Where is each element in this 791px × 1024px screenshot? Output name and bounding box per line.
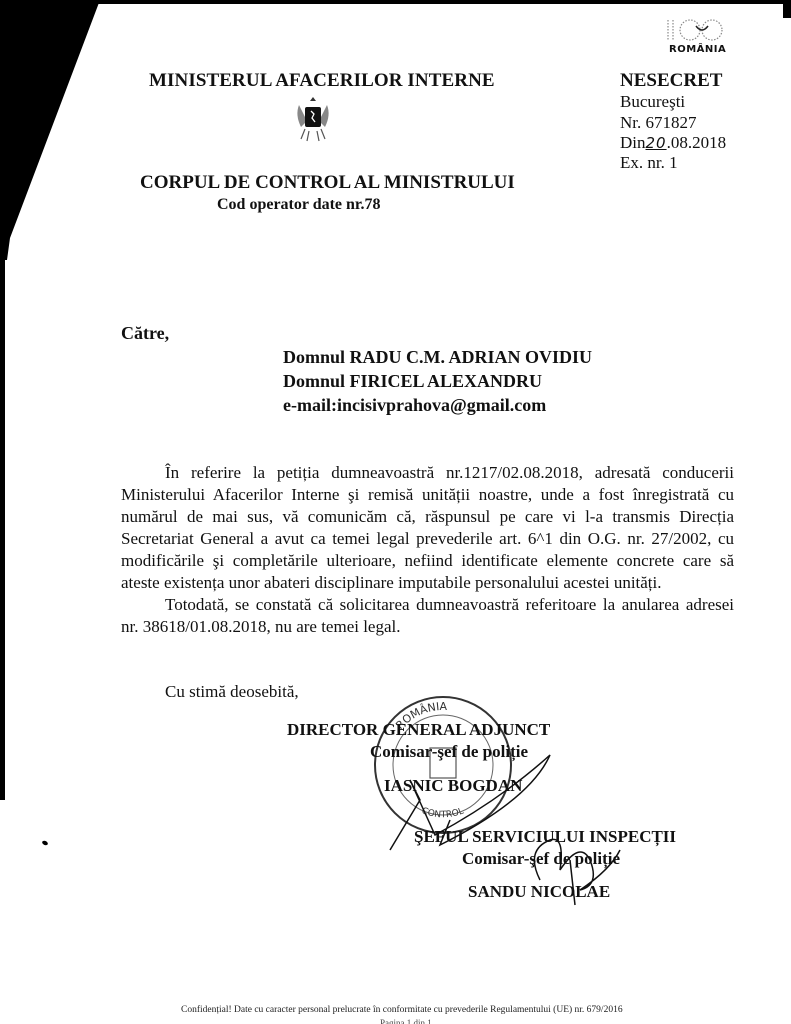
scan-edge-top xyxy=(95,0,791,4)
department-title: CORPUL DE CONTROL AL MINISTRULUI xyxy=(140,172,515,194)
signatory-name: SANDU NICOLAE xyxy=(468,882,610,902)
signatory-rank: Comisar-şef de poliție xyxy=(462,849,620,869)
scan-speck xyxy=(41,840,48,846)
recipient-line: Domnul FIRICEL ALEXANDRU xyxy=(283,371,542,392)
signatory-role: ŞEFUL SERVICIULUI INSPECȚII xyxy=(414,827,676,847)
signatory-role: DIRECTOR GENERAL ADJUNCT xyxy=(287,720,550,740)
recipient-line: Domnul RADU C.M. ADRIAN OVIDIU xyxy=(283,347,592,368)
recipients-label: Către, xyxy=(121,323,169,344)
recipient-email[interactable]: e-mail:incisivprahova@gmail.com xyxy=(283,395,546,416)
centenary-100-romania-logo xyxy=(660,14,730,46)
scan-shadow-artifact xyxy=(0,0,110,260)
body-paragraph: În referire la petiția dumneavoastră nr.… xyxy=(121,462,734,594)
operator-code: Cod operator date nr.78 xyxy=(217,196,381,214)
city: Bucureşti xyxy=(620,92,685,112)
page-number: Pagina 1 din 1 xyxy=(380,1018,432,1024)
date-prefix: Din xyxy=(620,133,646,152)
letter-body: În referire la petiția dumneavoastră nr.… xyxy=(121,462,734,638)
scan-edge-corner xyxy=(783,0,791,18)
closing-salutation: Cu stimă deosebită, xyxy=(165,682,299,702)
body-paragraph: Totodată, se constată că solicitarea dum… xyxy=(121,594,734,638)
signatory-name: IASNIC BOGDAN xyxy=(384,776,522,796)
signatory-rank: Comisar-şef de poliție xyxy=(370,742,528,762)
confidentiality-notice: Confidențial! Date cu caracter personal … xyxy=(181,1005,623,1015)
copy-number: Ex. nr. 1 xyxy=(620,153,678,173)
date-handwritten-day: 20 xyxy=(646,134,667,152)
scan-edge-left xyxy=(0,240,5,800)
romanian-coat-of-arms-icon xyxy=(295,95,331,143)
registration-number: Nr. 671827 xyxy=(620,113,697,133)
document-date: Din20.08.2018 xyxy=(620,133,726,153)
date-suffix: .08.2018 xyxy=(667,133,727,152)
centenary-label: ROMÂNIA xyxy=(669,44,726,55)
ministry-title: MINISTERUL AFACERILOR INTERNE xyxy=(149,70,495,92)
classification: NESECRET xyxy=(620,70,722,92)
